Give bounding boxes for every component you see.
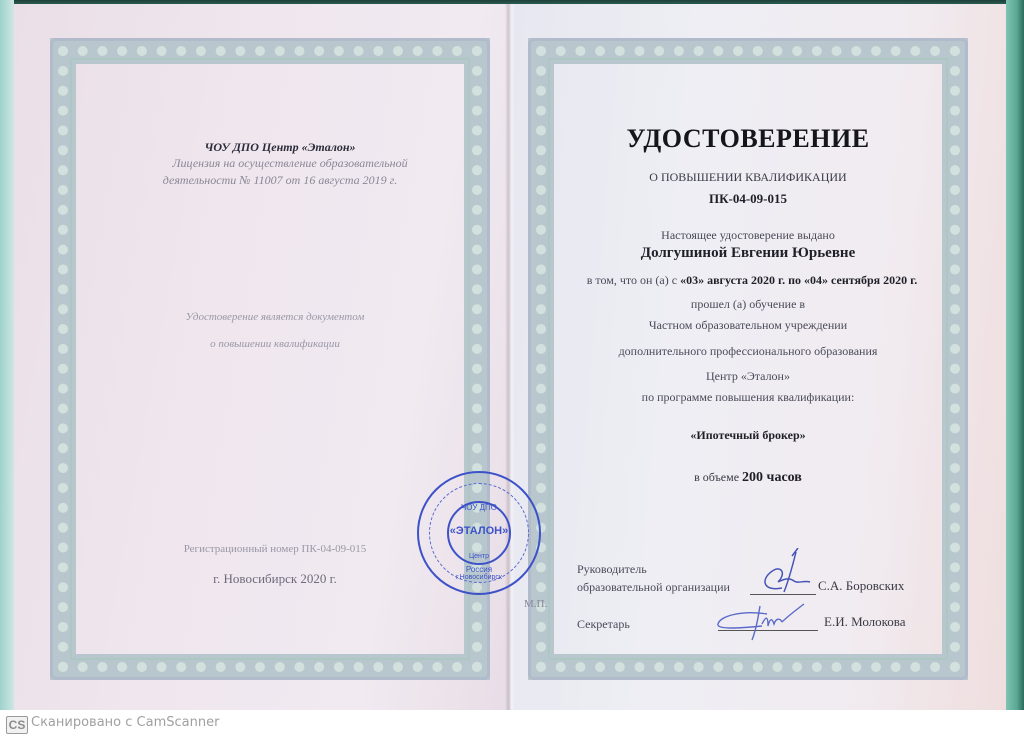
head-label-1: Руководитель [577, 562, 647, 577]
stamp-lower-text: Центр [419, 553, 539, 560]
trained-line: прошел (а) обучение в [528, 297, 968, 312]
note-line-1: Удостоверение является документом [55, 311, 495, 323]
seal-label: М.П. [524, 598, 547, 610]
head-name: С.А. Боровских [818, 578, 904, 594]
secretary-signature [712, 596, 812, 646]
program-name: «Ипотечный брокер» [528, 428, 968, 443]
note-line-2: о повышении квалификации [55, 338, 495, 350]
background-edge-right [1006, 0, 1024, 710]
stamp-center-text: «ЭТАЛОН» [419, 525, 539, 537]
stamp-top-text: ЧОУ ДПО [419, 503, 539, 512]
background-edge-left [0, 0, 14, 710]
stamp-city: г.Новосибирск [419, 574, 539, 581]
stamp-country: Россия [419, 565, 539, 574]
org-name: ЧОУ ДПО Центр «Эталон» [60, 140, 500, 155]
program-label: по программе повышения квалификации: [528, 390, 968, 405]
license-line-1: Лицензия на осуществление образовательно… [70, 156, 510, 171]
issued-to-label: Настоящее удостоверение выдано [528, 228, 968, 243]
camscanner-watermark: Сканировано с CamScanner [31, 715, 219, 730]
volume-value: 200 часов [742, 470, 802, 485]
secretary-name: Е.И. Молокова [824, 614, 906, 630]
institution-line-2: дополнительного профессионального образо… [528, 344, 968, 359]
volume: в объеме 200 часов [528, 470, 968, 486]
training-period: в том, что он (а) с «03» августа 2020 г.… [532, 273, 972, 288]
head-label-2: образовательной организации [577, 580, 730, 595]
institution-line-3: Центр «Эталон» [528, 369, 968, 384]
institution-line-1: Частном образовательном учреждении [528, 318, 968, 333]
camscanner-logo-icon: CS [6, 716, 28, 734]
certificate-subtitle: О ПОВЫШЕНИИ КВАЛИФИКАЦИИ [528, 170, 968, 185]
certificate-title: УДОСТОВЕРЕНИЕ [528, 124, 968, 154]
recipient-name: Долгушиной Евгении Юрьевне [528, 245, 968, 262]
license-line-2: деятельности № 11007 от 16 августа 2019 … [60, 173, 500, 188]
page-spine [505, 4, 515, 710]
period-prefix: в том, что он (а) с [587, 273, 680, 287]
official-stamp: ЧОУ ДПО «ЭТАЛОН» Центр Россия г.Новосиби… [417, 471, 541, 595]
period-dates: «03» августа 2020 г. по «04» сентября 20… [680, 273, 917, 287]
volume-prefix: в объеме [694, 470, 742, 484]
secretary-label: Секретарь [577, 617, 630, 632]
certificate-number: ПК-04-09-015 [528, 191, 968, 207]
